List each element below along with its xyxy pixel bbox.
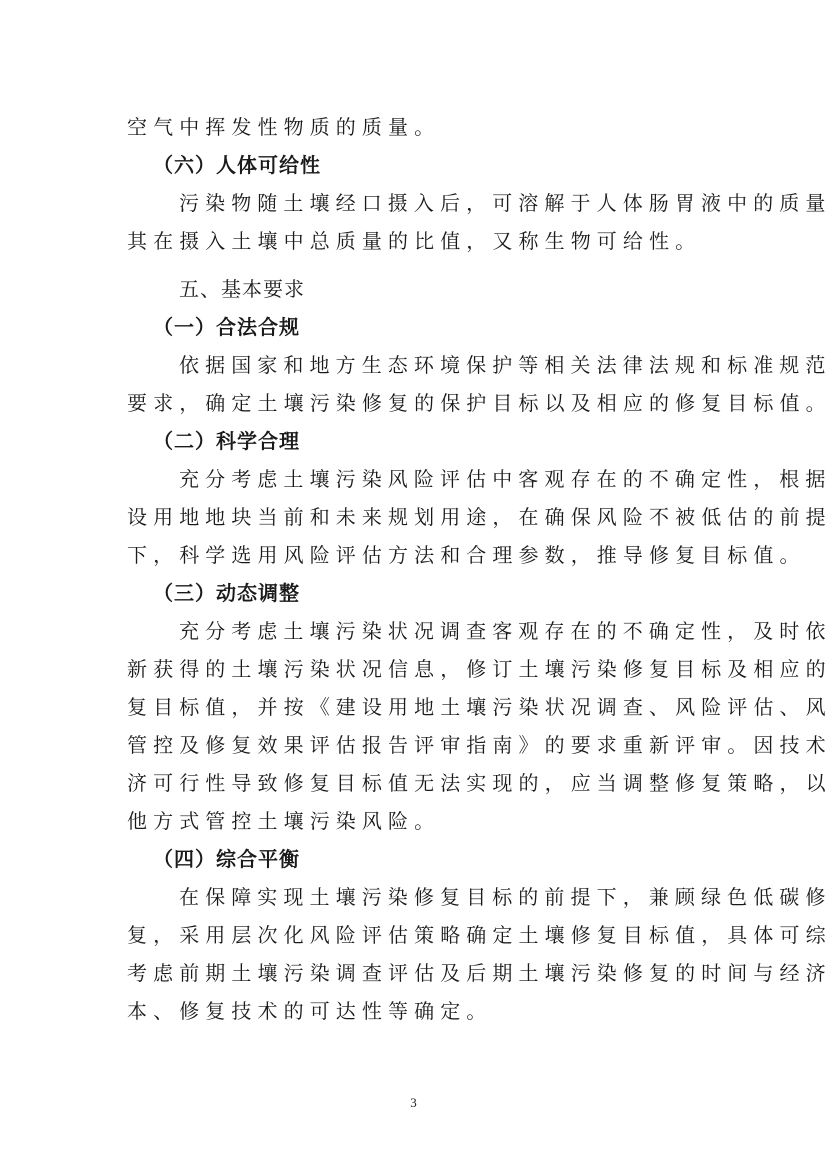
paragraph-line: 依据国家和地方生态环境保护等相关法律法规和标准规范的 (127, 346, 707, 384)
paragraph-line: 充分考虑土壤污染风险评估中客观存在的不确定性，根据建 (127, 460, 707, 498)
paragraph-line: 设用地地块当前和未来规划用途，在确保风险不被低估的前提 (127, 498, 707, 536)
paragraph-line: 在保障实现土壤污染修复目标的前提下，兼顾绿色低碳修 (127, 878, 707, 916)
paragraph-line: 复，采用层次化风险评估策略确定土壤修复目标值，具体可综合 (127, 916, 707, 954)
paragraph-line: 济可行性导致修复目标值无法实现的，应当调整修复策略，以其 (127, 764, 707, 802)
paragraph-line: 复目标值，并按《建设用地土壤污染状况调查、风险评估、风险 (127, 688, 707, 726)
paragraph-line: 污染物随土壤经口摄入后，可溶解于人体肠胃液中的质量与 (127, 184, 707, 222)
paragraph-line: 考虑前期土壤污染调查评估及后期土壤污染修复的时间与经济成 (127, 954, 707, 992)
paragraph-line: 下，科学选用风险评估方法和合理参数，推导修复目标值。 (127, 536, 707, 574)
document-page: 空气中挥发性物质的质量。 （六）人体可给性 污染物随土壤经口摄入后，可溶解于人体… (0, 0, 827, 1170)
page-number: 3 (0, 1095, 827, 1111)
subsection-heading-2: （二）科学合理 (127, 422, 707, 460)
paragraph-line: 他方式管控土壤污染风险。 (127, 802, 707, 840)
paragraph-line: 管控及修复效果评估报告评审指南》的要求重新评审。因技术经 (127, 726, 707, 764)
section-heading-5: 五、基本要求 (127, 270, 707, 308)
subsection-heading-3: （三）动态调整 (127, 574, 707, 612)
paragraph-line: 新获得的土壤污染状况信息，修订土壤污染修复目标及相应的修 (127, 650, 707, 688)
body-line: 空气中挥发性物质的质量。 (127, 108, 707, 146)
subsection-heading-1: （一）合法合规 (127, 308, 707, 346)
paragraph-line: 要求，确定土壤污染修复的保护目标以及相应的修复目标值。 (127, 384, 707, 422)
paragraph-line: 本、修复技术的可达性等确定。 (127, 992, 707, 1030)
paragraph-line: 其在摄入土壤中总质量的比值，又称生物可给性。 (127, 222, 707, 260)
paragraph-line: 充分考虑土壤污染状况调查客观存在的不确定性，及时依据 (127, 612, 707, 650)
subsection-heading-4: （四）综合平衡 (127, 840, 707, 878)
subsection-heading-6: （六）人体可给性 (127, 146, 707, 184)
page-content: 空气中挥发性物质的质量。 （六）人体可给性 污染物随土壤经口摄入后，可溶解于人体… (127, 108, 707, 1030)
